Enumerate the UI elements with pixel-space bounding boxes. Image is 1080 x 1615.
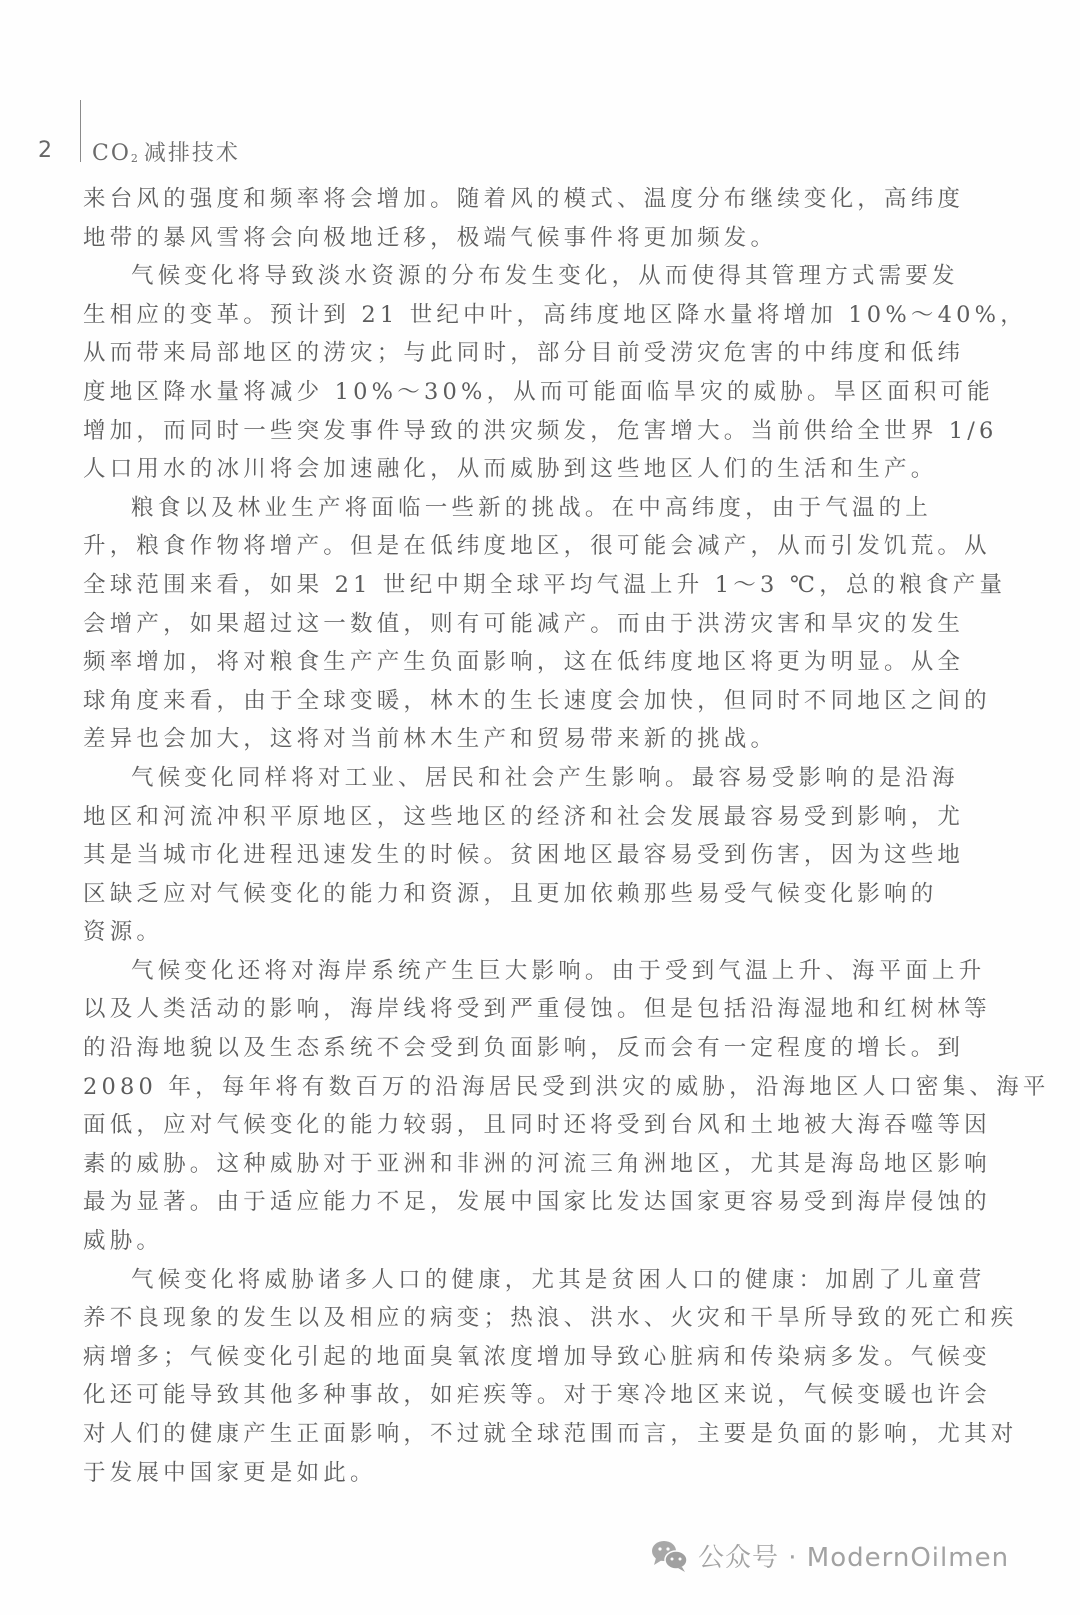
text-line: 气候变化将导致淡水资源的分布发生变化，从而使得其管理方式需要发	[83, 257, 943, 296]
book-title-subscript: 2	[131, 152, 138, 165]
text-line: 素的威胁。这种威胁对于亚洲和非洲的河流三角洲地区，尤其是海岛地区影响	[83, 1145, 943, 1184]
text-line: 的沿海地貌以及生态系统不会受到负面影响，反而会有一定程度的增长。到	[83, 1029, 943, 1068]
text-line: 升，粮食作物将增产。但是在低纬度地区，很可能会减产，从而引发饥荒。从	[83, 527, 943, 566]
text-line: 其是当城市化进程迅速发生的时候。贫困地区最容易受到伤害，因为这些地	[83, 836, 943, 875]
text-line: 养不良现象的发生以及相应的病变；热浪、洪水、火灾和干旱所导致的死亡和疾	[83, 1299, 943, 1338]
text-line: 资源。	[83, 913, 943, 952]
text-line: 化还可能导致其他多种事故，如疟疾等。对于寒冷地区来说，气候变暖也许会	[83, 1376, 943, 1415]
text-line: 频率增加，将对粮食生产产生负面影响，这在低纬度地区将更为明显。从全	[83, 643, 943, 682]
text-line: 于发展中国家更是如此。	[83, 1454, 943, 1493]
text-line: 气候变化同样将对工业、居民和社会产生影响。最容易受影响的是沿海	[83, 759, 943, 798]
text-line: 从而带来局部地区的涝灾；与此同时，部分目前受涝灾危害的中纬度和低纬	[83, 334, 943, 373]
paragraph: 气候变化同样将对工业、居民和社会产生影响。最容易受影响的是沿海 地区和河流冲积平…	[83, 759, 943, 952]
text-line: 病增多；气候变化引起的地面臭氧浓度增加导致心脏病和传染病多发。气候变	[83, 1338, 943, 1377]
text-line: 气候变化还将对海岸系统产生巨大影响。由于受到气温上升、海平面上升	[83, 952, 943, 991]
text-line: 生相应的变革。预计到 21 世纪中叶，高纬度地区降水量将增加 10%～40%，	[83, 296, 943, 335]
running-header: 2 CO2减排技术	[0, 100, 1080, 170]
document-page: 2 CO2减排技术 来台风的强度和频率将会增加。随着风的模式、温度分布继续变化，…	[0, 0, 1080, 1615]
paragraph: 粮食以及林业生产将面临一些新的挑战。在中高纬度，由于气温的上 升，粮食作物将增产…	[83, 489, 943, 759]
paragraph: 来台风的强度和频率将会增加。随着风的模式、温度分布继续变化，高纬度 地带的暴风雪…	[83, 180, 943, 257]
text-line: 2080 年，每年将有数百万的沿海居民受到洪灾的威胁，沿海地区人口密集、海平	[83, 1068, 943, 1107]
text-line: 威胁。	[83, 1222, 943, 1261]
text-line: 地区和河流冲积平原地区，这些地区的经济和社会发展最容易受到影响，尤	[83, 798, 943, 837]
text-line: 最为显著。由于适应能力不足，发展中国家比发达国家更容易受到海岸侵蚀的	[83, 1183, 943, 1222]
text-line: 对人们的健康产生正面影响，不过就全球范围而言，主要是负面的影响，尤其对	[83, 1415, 943, 1454]
text-line: 气候变化将威胁诸多人口的健康，尤其是贫困人口的健康：加剧了儿童营	[83, 1261, 943, 1300]
watermark-text: 公众号 · ModernOilmen	[698, 1537, 1009, 1574]
text-line: 来台风的强度和频率将会增加。随着风的模式、温度分布继续变化，高纬度	[83, 180, 943, 219]
page-number: 2	[38, 138, 52, 163]
text-line: 度地区降水量将减少 10%～30%，从而可能面临旱灾的威胁。旱区面积可能	[83, 373, 943, 412]
text-line: 增加，而同时一些突发事件导致的洪灾频发，危害增大。当前供给全世界 1/6	[83, 412, 943, 451]
text-line: 面低，应对气候变化的能力较弱，且同时还将受到台风和土地被大海吞噬等因	[83, 1106, 943, 1145]
margin-mark	[963, 1355, 967, 1357]
book-title-suffix: 减排技术	[144, 141, 240, 166]
book-title: CO2减排技术	[92, 136, 240, 167]
watermark: 公众号 · ModernOilmen	[650, 1535, 1009, 1575]
text-line: 粮食以及林业生产将面临一些新的挑战。在中高纬度，由于气温的上	[83, 489, 943, 528]
wechat-icon	[650, 1538, 690, 1572]
text-line: 差异也会加大，这将对当前林木生产和贸易带来新的挑战。	[83, 720, 943, 759]
text-line: 会增产，如果超过这一数值，则有可能减产。而由于洪涝灾害和旱灾的发生	[83, 605, 943, 644]
body-text: 来台风的强度和频率将会增加。随着风的模式、温度分布继续变化，高纬度 地带的暴风雪…	[83, 180, 943, 1492]
paragraph: 气候变化将导致淡水资源的分布发生变化，从而使得其管理方式需要发 生相应的变革。预…	[83, 257, 943, 489]
text-line: 地带的暴风雪将会向极地迁移，极端气候事件将更加频发。	[83, 219, 943, 258]
paragraph: 气候变化将威胁诸多人口的健康，尤其是贫困人口的健康：加剧了儿童营 养不良现象的发…	[83, 1261, 943, 1493]
text-line: 以及人类活动的影响，海岸线将受到严重侵蚀。但是包括沿海湿地和红树林等	[83, 990, 943, 1029]
paragraph: 气候变化还将对海岸系统产生巨大影响。由于受到气温上升、海平面上升 以及人类活动的…	[83, 952, 943, 1261]
text-line: 区缺乏应对气候变化的能力和资源，且更加依赖那些易受气候变化影响的	[83, 875, 943, 914]
text-line: 球角度来看，由于全球变暖，林木的生长速度会加快，但同时不同地区之间的	[83, 682, 943, 721]
book-title-prefix: CO	[92, 141, 131, 166]
text-line: 全球范围来看，如果 21 世纪中期全球平均气温上升 1～3 ℃，总的粮食产量	[83, 566, 943, 605]
text-line: 人口用水的冰川将会加速融化，从而威胁到这些地区人们的生活和生产。	[83, 450, 943, 489]
header-divider	[80, 100, 81, 162]
